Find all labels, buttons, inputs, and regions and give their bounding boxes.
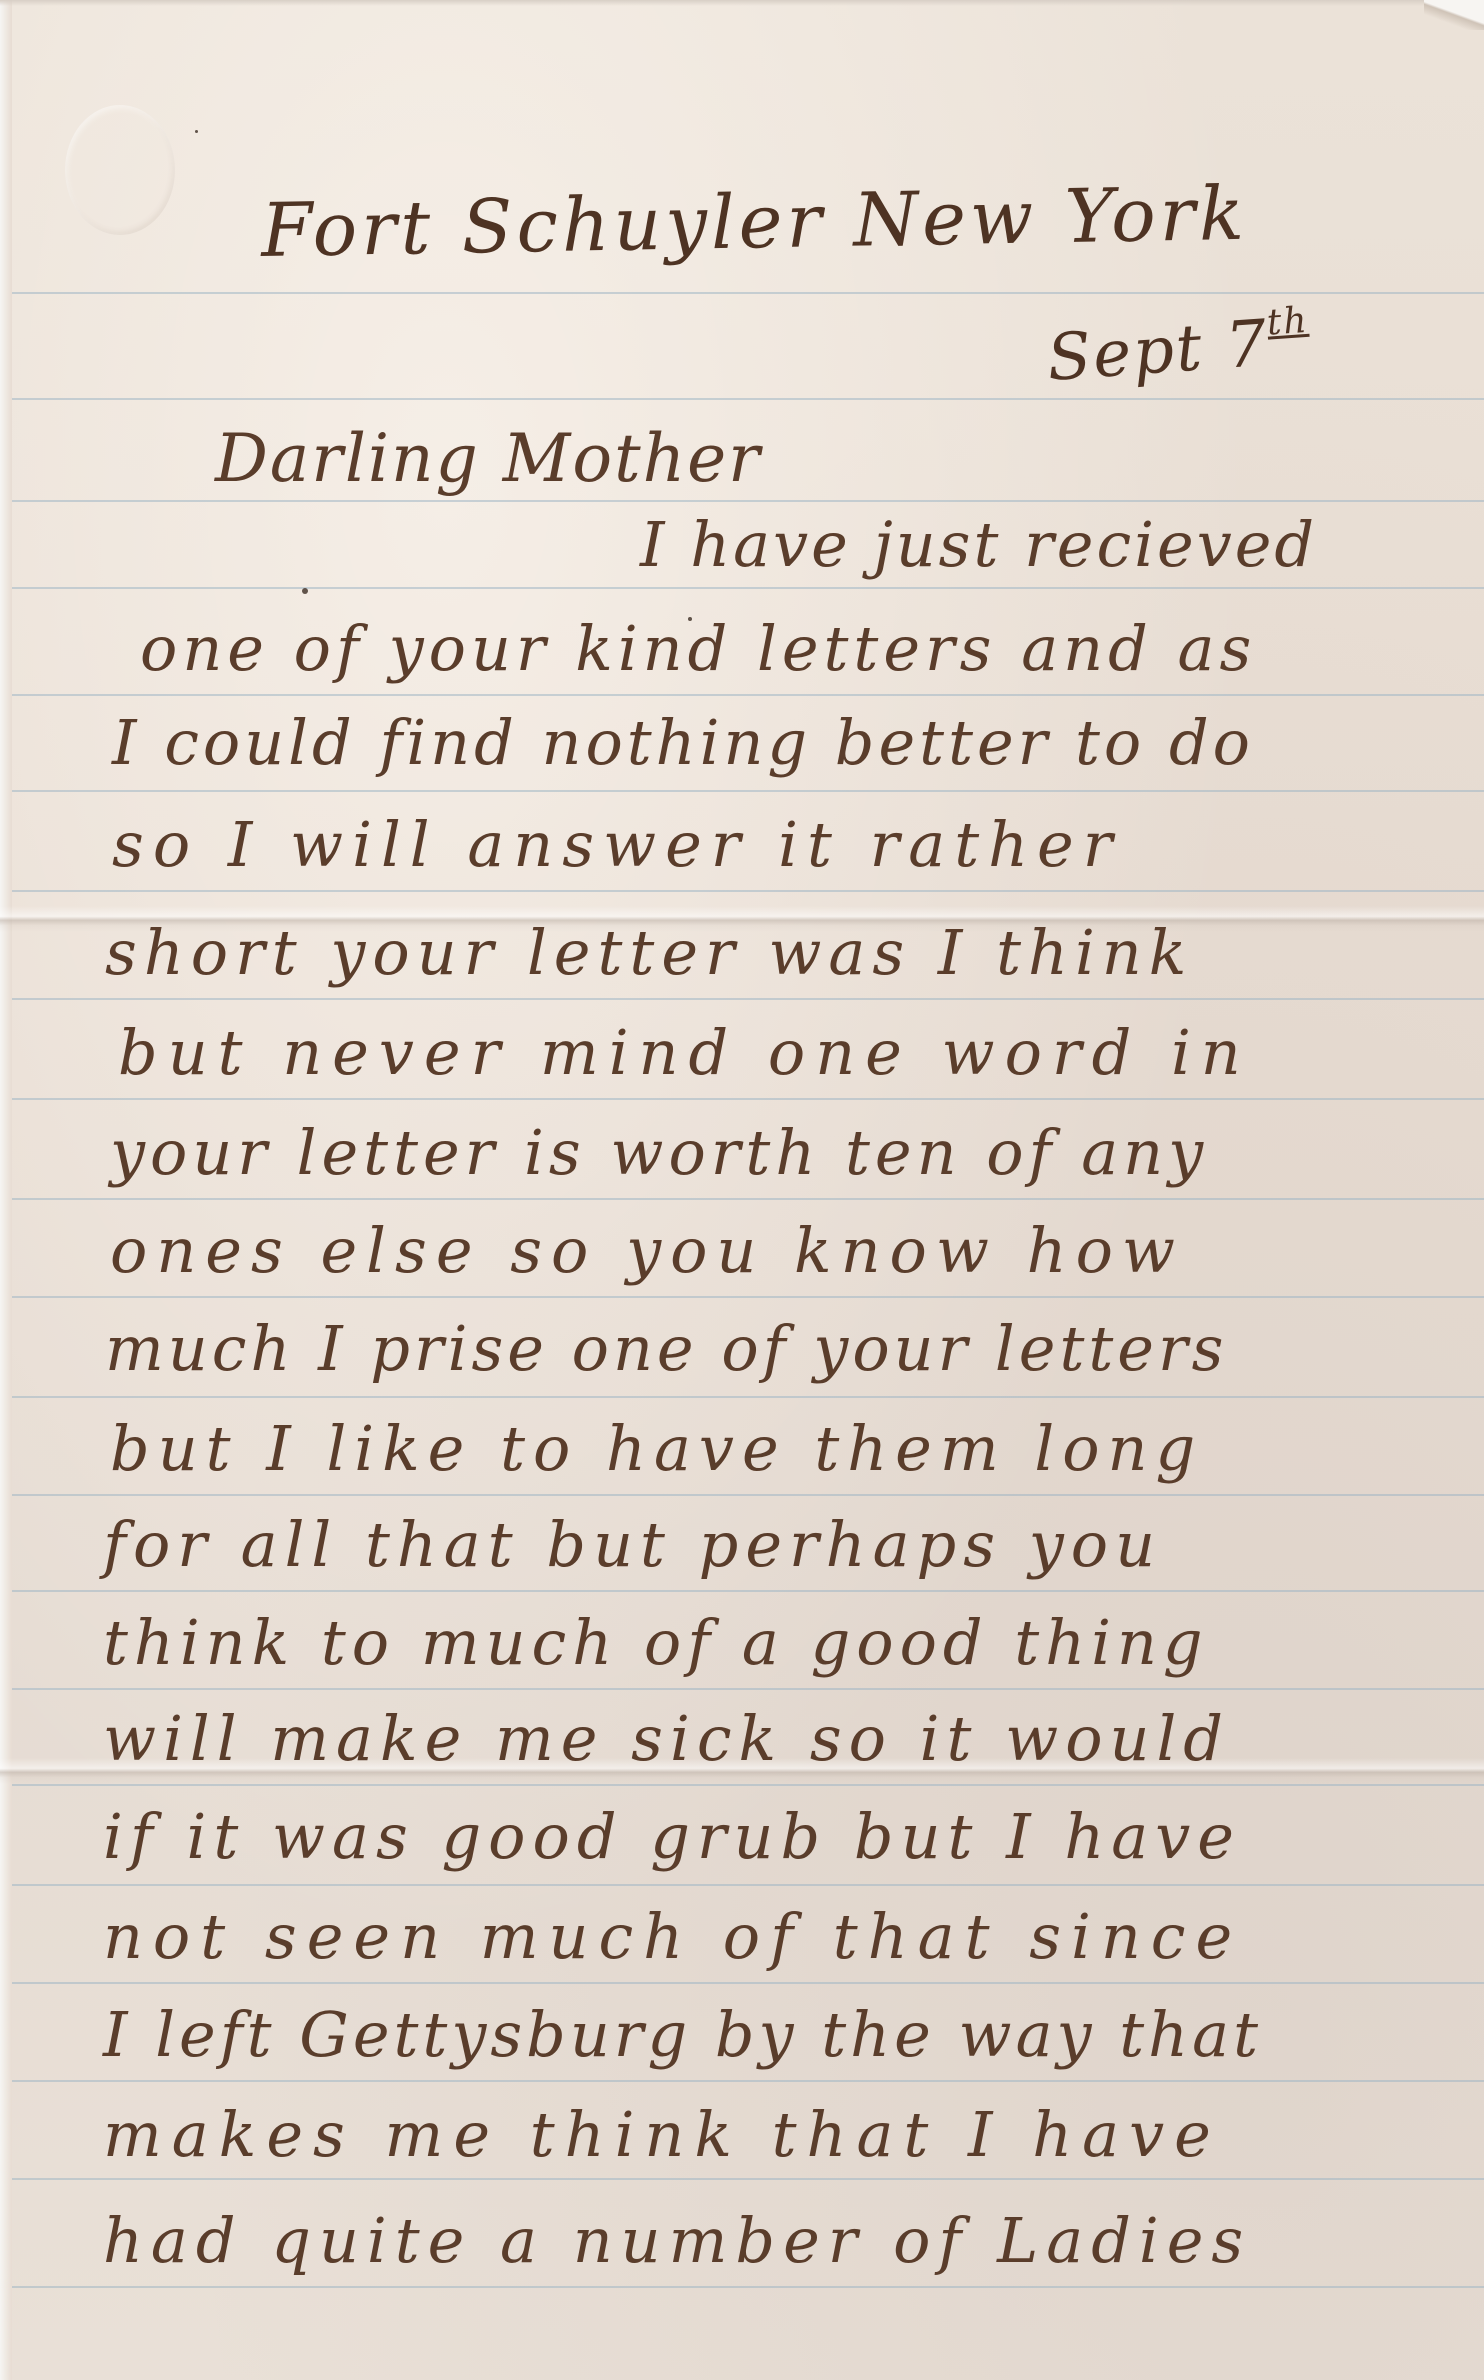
body-line-16: I left Gettysburg by the way that [103, 1998, 1262, 2071]
body-line-17: makes me think that I have [103, 2098, 1221, 2171]
ruling-line [12, 890, 1484, 892]
ruling-line [12, 2286, 1484, 2288]
ruling-line [12, 1198, 1484, 1200]
body-line-10: but I like to have them long [110, 1412, 1203, 1485]
ruling-line [12, 1098, 1484, 1100]
ink-speck [302, 588, 308, 594]
body-line-11: for all that but perhaps you [103, 1508, 1162, 1581]
letter-date-main: Sept 7 [1045, 307, 1271, 396]
ruling-line [12, 587, 1484, 589]
letter-salutation: Darling Mother [215, 420, 762, 497]
letter-place: Fort Schuyler New York [260, 171, 1248, 274]
body-line-8: ones else so you know how [110, 1214, 1184, 1287]
ruling-line [12, 1982, 1484, 1984]
ruling-line [12, 2080, 1484, 2082]
ruling-line [12, 998, 1484, 1000]
body-line-1: I have just recieved [640, 508, 1317, 581]
ruling-line [12, 1396, 1484, 1398]
paper-top-edge [0, 0, 1484, 6]
ink-speck [195, 130, 198, 133]
body-line-7: your letter is worth ten of any [110, 1116, 1208, 1189]
paper-left-edge [0, 0, 12, 2380]
ruling-line [12, 1494, 1484, 1496]
body-line-5: short your letter was I think [105, 916, 1193, 989]
body-line-12: think to much of a good thing [103, 1606, 1209, 1679]
letter-date-ordinal: th [1265, 300, 1309, 344]
ruling-line [12, 694, 1484, 696]
body-line-15: not seen much of that since [103, 1900, 1242, 1973]
ruling-line [12, 1590, 1484, 1592]
body-line-9: much I prise one of your letters [105, 1312, 1227, 1385]
ruling-line [12, 398, 1484, 400]
letter-page: Fort Schuyler New York Sept 7th Darling … [0, 0, 1484, 2380]
ruling-line [12, 790, 1484, 792]
body-line-18: had quite a number of Ladies [103, 2204, 1251, 2277]
embossed-seal [65, 105, 175, 235]
paper-corner-fold [1424, 0, 1484, 30]
ruling-line [12, 2178, 1484, 2180]
body-line-2: one of your kind letters and as [140, 612, 1256, 685]
ruling-line [12, 500, 1484, 502]
body-line-13: will make me sick so it would [103, 1702, 1230, 1775]
ruling-line [12, 1784, 1484, 1786]
letter-date: Sept 7th [1045, 300, 1313, 396]
ruling-line [12, 1296, 1484, 1298]
ruling-line [12, 1688, 1484, 1690]
body-line-14: if it was good grub but I have [103, 1800, 1241, 1873]
body-line-3: I could find nothing better to do [112, 706, 1254, 779]
ruling-line [12, 1884, 1484, 1886]
ruling-line [12, 292, 1484, 294]
body-line-6: but never mind one word in [118, 1016, 1251, 1089]
body-line-4: so I will answer it rather [112, 808, 1121, 881]
